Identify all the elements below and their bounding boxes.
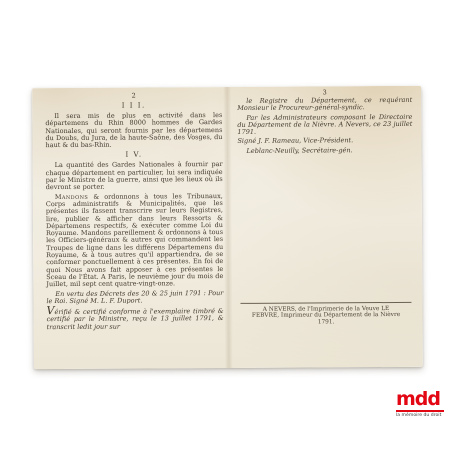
mdd-logo-rule [396,410,444,412]
secretary-line: Leblanc-Neuilly, Secrétaire-gén. [238,147,413,155]
printer-imprint-block: A NEVERS, de l'Imprimerie de la Veuve LE… [240,302,411,326]
administrateurs-paragraph: Par les Administrateurs composant le Dir… [237,113,412,136]
mdd-logo-tagline: la mémoire du droit [396,413,448,418]
section-iii-heading: I I I. [45,101,222,110]
mandons-paragraph: Mandons & ordonnons à tous les Tribunaux… [46,193,224,289]
decree-reference-line: En vertu des Décrets des 20 & 25 juin 17… [46,290,223,306]
page-right: 3 le Registre du Département, ce requéra… [237,89,414,364]
registre-paragraph: le Registre du Département, ce requérant… [237,97,412,113]
verification-text: érifié & certifié conforme à l'exemplair… [47,307,224,331]
section-iii-paragraph: Il sera mis de plus en activité dans les… [45,112,222,150]
signature-line: Signé J. F. Rameau, Vice-Président. [237,137,412,145]
section-iv-heading: I V. [46,151,223,160]
section-iv-paragraph: La quantité des Gardes Nationales à four… [46,162,223,192]
document-spread: 2 I I I. Il sera mis de plus en activité… [32,86,423,369]
center-fold [223,87,233,368]
page-number-left: 2 [45,92,222,100]
printer-imprint: A NEVERS, de l'Imprimerie de la Veuve LE… [248,305,403,326]
mdd-logo: mdd la mémoire du droit [396,390,448,418]
mandons-body-text: & ordonnons à tous les Tribunaux, Corps … [46,192,223,289]
page-left: 2 I I I. Il sera mis de plus en activité… [45,92,223,333]
photo-of-document: 2 I I I. Il sera mis de plus en activité… [0,0,452,452]
verification-paragraph: Vérifié & certifié conforme à l'exemplai… [46,306,223,331]
mdd-logo-text: mdd [396,390,448,409]
